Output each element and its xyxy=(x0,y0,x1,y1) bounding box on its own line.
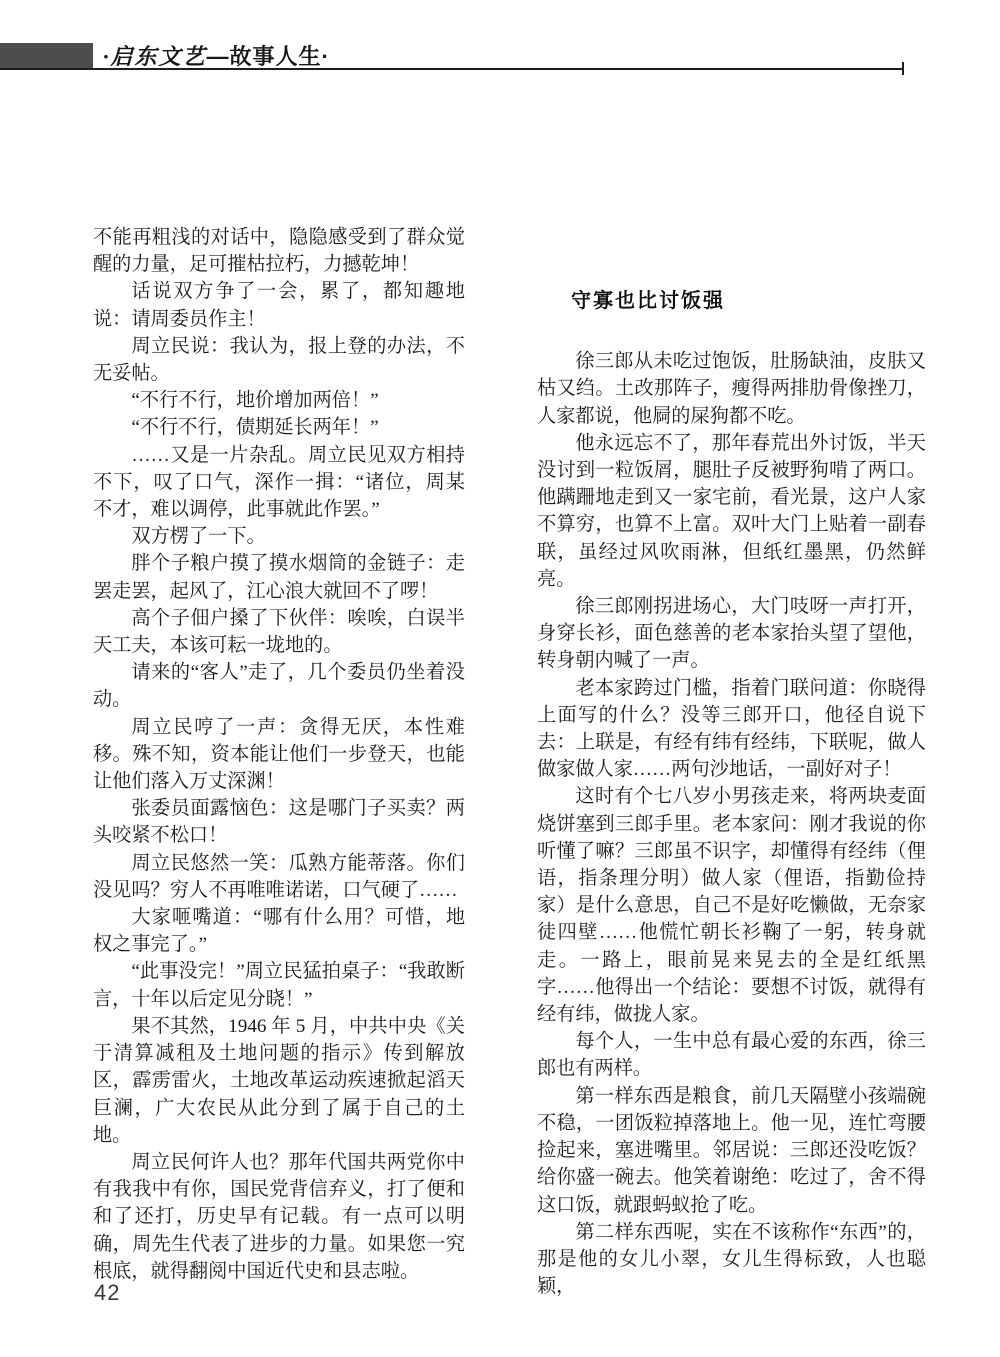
paragraph: 徐三郎从未吃过饱饭，肚肠缺油，皮肤又枯又绉。土改那阵子，瘦得两排肋骨像挫刀，人家… xyxy=(537,348,926,430)
paragraph: ……又是一片杂乱。周立民见双方相持不下，叹了口气，深作一揖：“诸位，周某不才，难… xyxy=(93,442,465,524)
column-name: —故事人生· xyxy=(207,44,330,69)
magazine-name: ·启东文艺 xyxy=(103,44,207,69)
paragraph: 第二样东西呢，实在不该称作“东西”的，那是他的女儿小翠，女儿生得标致，人也聪颖， xyxy=(537,1219,926,1301)
paragraph: 每个人，一生中总有最心爱的东西，徐三郎也有两样。 xyxy=(537,1028,926,1082)
paragraph: 不能再粗浅的对话中，隐隐感受到了群众觉醒的力量，足可摧枯拉朽，力撼乾坤！ xyxy=(93,224,465,278)
paragraph: 大家咂嘴道：“哪有什么用？可惜，地权之事完了。” xyxy=(93,904,465,958)
paragraph: 周立民悠然一笑：瓜熟方能蒂落。你们没见吗？穷人不再唯唯诺诺，口气硬了…… xyxy=(93,850,465,904)
right-column: 守寡也比讨饭强 徐三郎从未吃过饱饭，肚肠缺油，皮肤又枯又绉。土改那阵子，瘦得两排… xyxy=(537,288,926,1300)
paragraph: 第一样东西是粮食，前几天隔壁小孩端碗不稳，一团饭粒掉落地上。他一见，连忙弯腰捡起… xyxy=(537,1083,926,1219)
paragraph: 老本家跨过门槛，指着门联问道：你晓得上面写的什么？没等三郎开口，他径自说下去：上… xyxy=(537,675,926,784)
paragraph: “不行不行，地价增加两倍！” xyxy=(93,387,465,414)
page-number: 42 xyxy=(94,1280,120,1306)
paragraph: 徐三郎刚拐进场心，大门吱呀一声打开，身穿长衫，面色慈善的老本家抬头望了望他，转身… xyxy=(537,593,926,675)
story-title: 守寡也比讨饭强 xyxy=(571,288,926,315)
paragraph: 这时有个七八岁小男孩走来，将两块麦面烧饼塞到三郎手里。老本家问：刚才我说的你听懂… xyxy=(537,783,926,1028)
header-rule xyxy=(0,68,904,70)
paragraph: 双方楞了一下。 xyxy=(93,523,465,550)
paragraph: 果不其然，1946 年 5 月，中共中央《关于清算减租及土地问题的指示》传到解放… xyxy=(93,1013,465,1149)
paragraph: 周立民何许人也？那年代国共两党你中有我我中有你，国民党背信弃义，打了便和和了还打… xyxy=(93,1149,465,1285)
header-title: ·启东文艺—故事人生· xyxy=(103,40,330,71)
paragraph: 话说双方争了一会，累了，都知趣地说：请周委员作主！ xyxy=(93,278,465,332)
header-corner-block xyxy=(0,43,93,69)
paragraph: 请来的“客人”走了，几个委员仍坐着没动。 xyxy=(93,659,465,713)
paragraph: “不行不行，债期延长两年！” xyxy=(93,414,465,441)
paragraph: 他永远忘不了，那年春荒出外讨饭，半天没讨到一粒饭屑，腿肚子反被野狗啃了两口。他蹒… xyxy=(537,430,926,593)
paragraph: 周立民说：我认为，报上登的办法，不无妥帖。 xyxy=(93,333,465,387)
magazine-page: ·启东文艺—故事人生· 不能再粗浅的对话中，隐隐感受到了群众觉醒的力量，足可摧枯… xyxy=(0,0,1000,1357)
paragraph: 高个子佃户搡了下伙伴：唉唉，白误半天工夫，本该可耘一垅地的。 xyxy=(93,605,465,659)
paragraph: 周立民哼了一声：贪得无厌，本性难移。殊不知，资本能让他们一步登天，也能让他们落入… xyxy=(93,714,465,796)
paragraph: 张委员面露恼色：这是哪门子买卖？两头咬紧不松口！ xyxy=(93,795,465,849)
left-column: 不能再粗浅的对话中，隐隐感受到了群众觉醒的力量，足可摧枯拉朽，力撼乾坤！ 话说双… xyxy=(93,224,465,1285)
header-rule-end-tick xyxy=(902,62,904,75)
paragraph: 胖个子粮户摸了摸水烟筒的金链子：走罢走罢，起风了，江心浪大就回不了啰！ xyxy=(93,550,465,604)
paragraph: “此事没完！”周立民猛拍桌子：“我敢断言，十年以后定见分晓！” xyxy=(93,958,465,1012)
